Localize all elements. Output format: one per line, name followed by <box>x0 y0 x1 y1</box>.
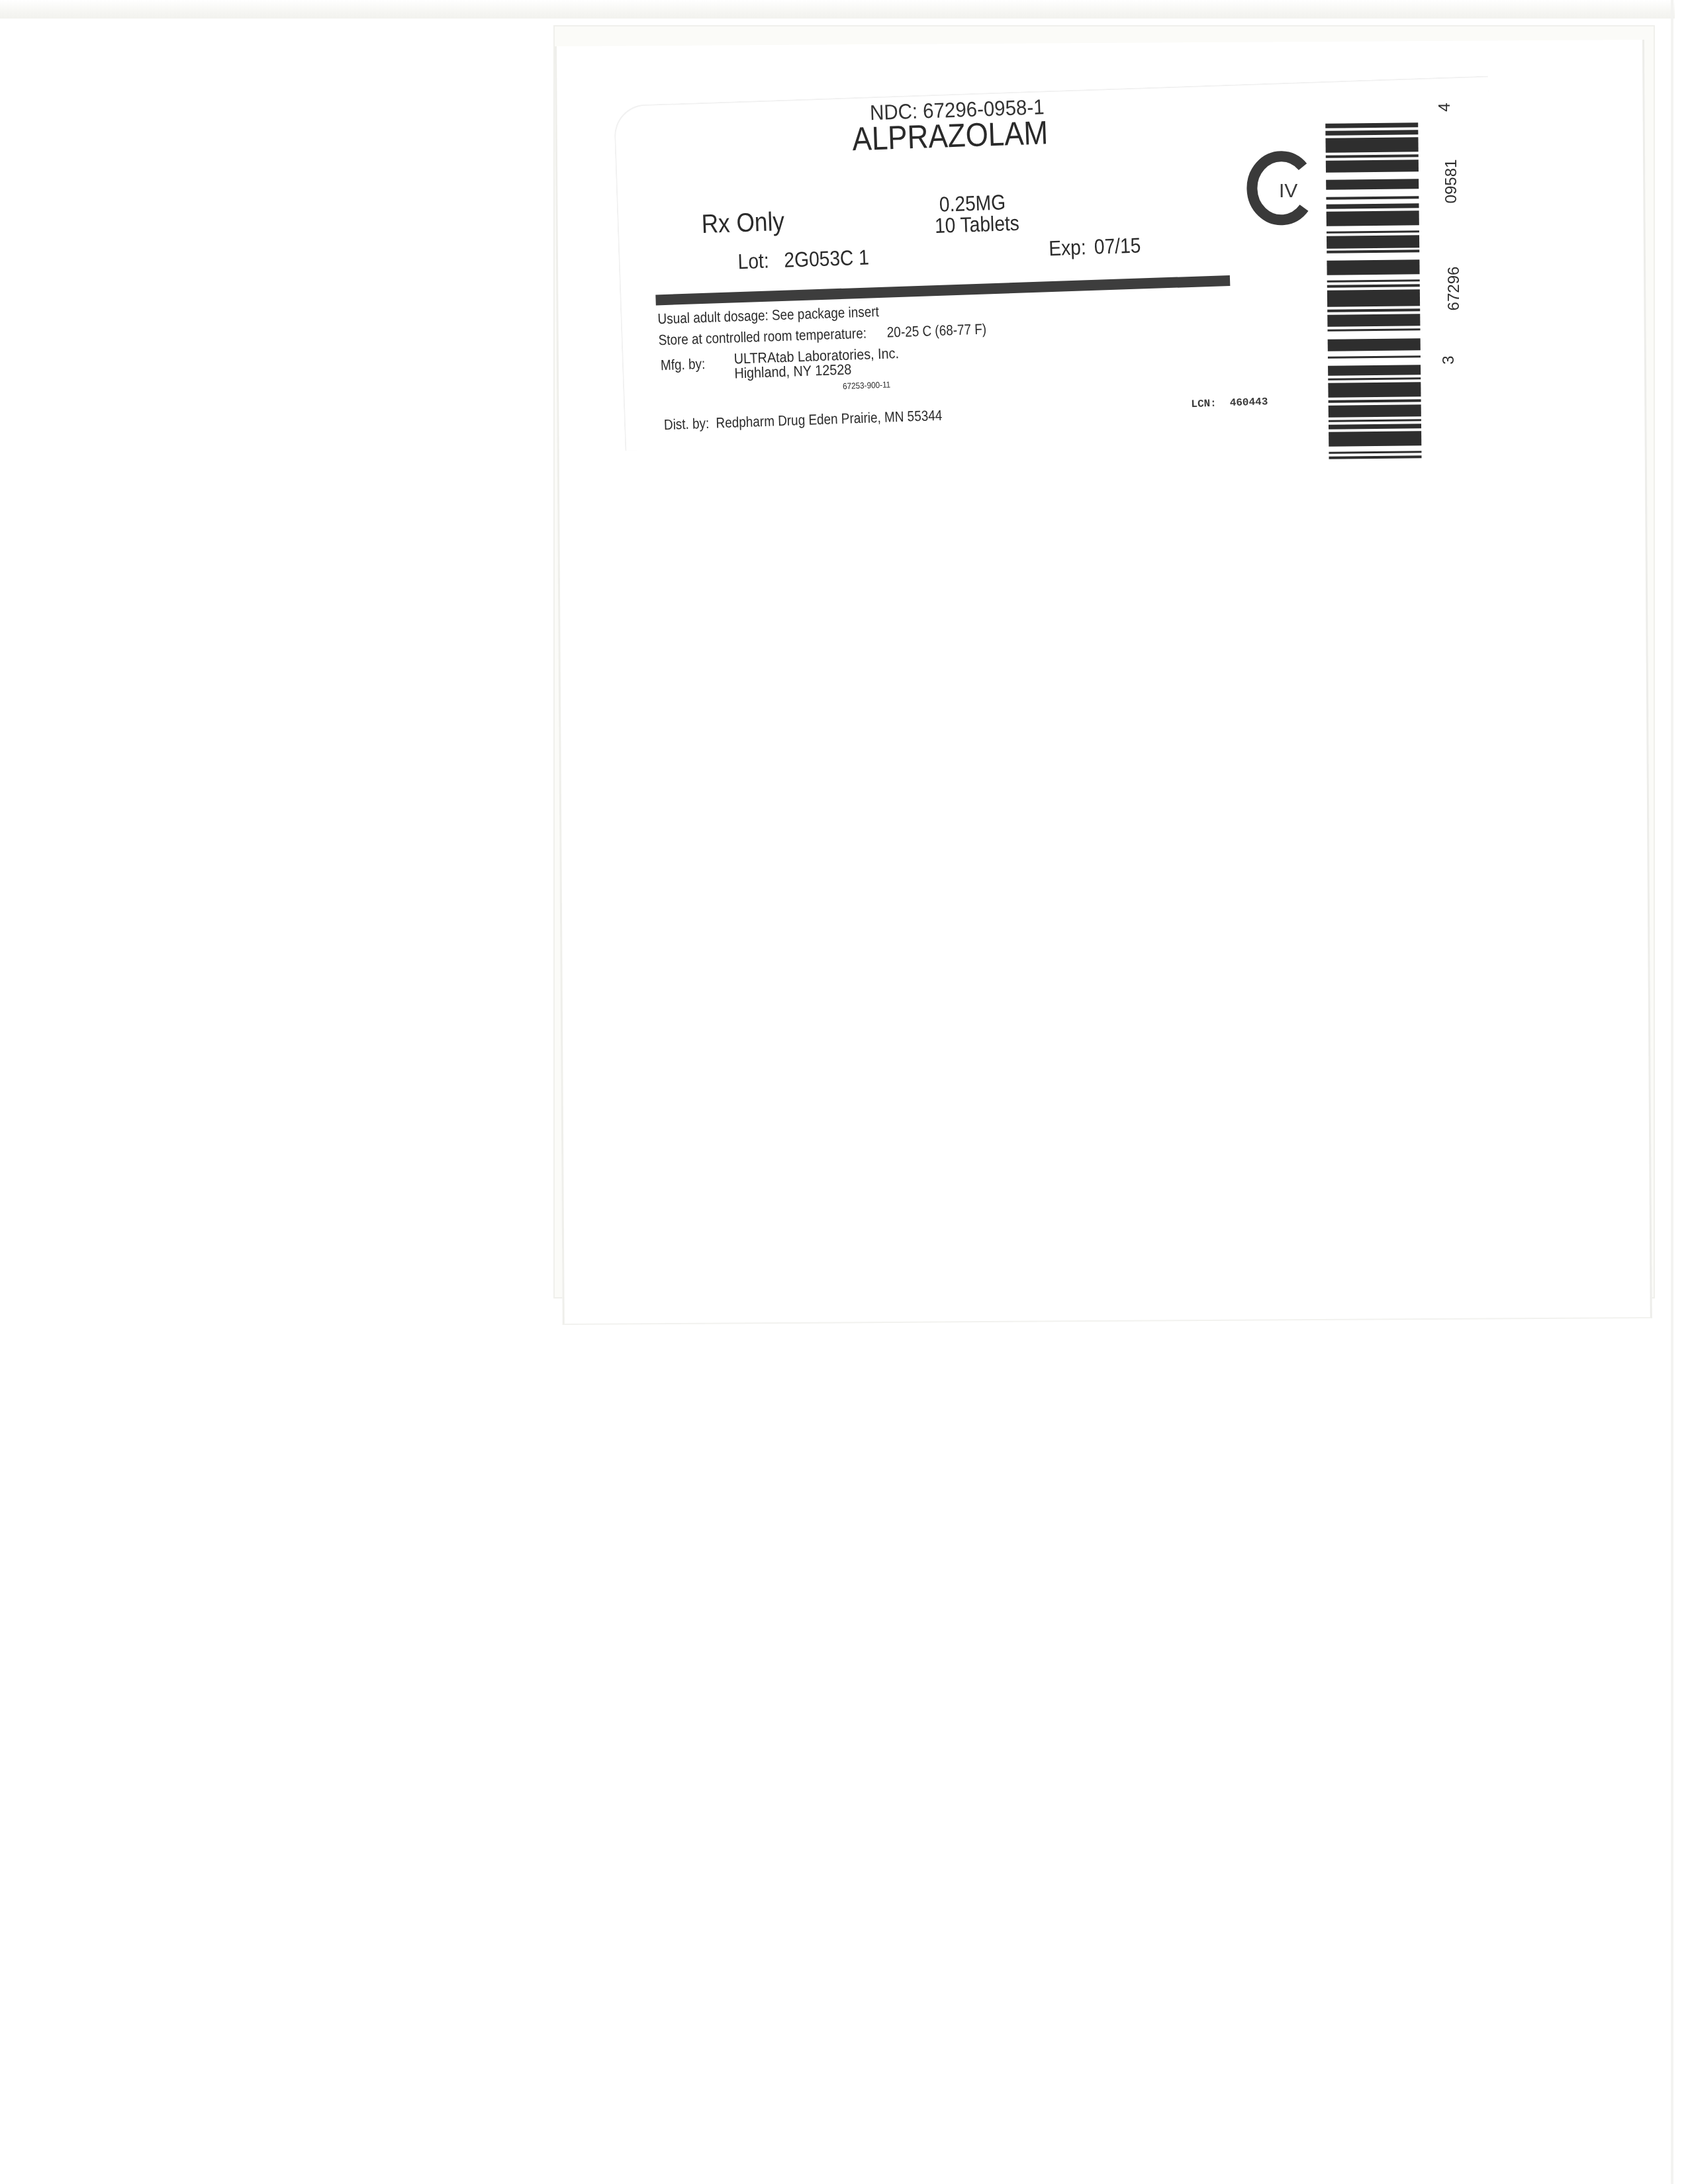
rx-only: Rx Only <box>701 207 785 240</box>
lcn: LCN:460443 <box>1191 396 1268 410</box>
paper-sheet: NDC: 67296-0958-1 ALPRAZOLAM Rx Only 0.2… <box>555 40 1652 1325</box>
divider-bar <box>655 275 1230 306</box>
schedule-c4-icon: IV <box>1244 147 1311 226</box>
storage-label: Store at controlled room temperature: <box>658 325 867 349</box>
barcode-group-2: 09581 <box>1442 159 1461 204</box>
dist-value: Redpharm Drug Eden Prairie, MN 55344 <box>716 407 942 432</box>
lot-number: Lot:2G053C 1 <box>737 245 869 274</box>
exp-label: Exp: <box>1049 235 1087 260</box>
scan-edge-right <box>1671 0 1673 2184</box>
dosage-value: See package insert <box>772 303 880 323</box>
storage-value: 20-25 C (68-77 F) <box>886 320 986 340</box>
scan-edge-top <box>0 0 1675 19</box>
barcode <box>1325 122 1427 349</box>
barcode-group-1: 67296 <box>1445 267 1464 311</box>
manufacturer-code: 67253-900-11 <box>843 379 890 390</box>
drug-name: ALPRAZOLAM <box>851 113 1049 158</box>
lcn-value: 460443 <box>1229 396 1268 409</box>
barcode-digit-right: 4 <box>1436 103 1454 111</box>
lcn-label: LCN: <box>1191 398 1217 410</box>
lot-label: Lot: <box>737 249 769 274</box>
distributor-line: Dist. by:Redpharm Drug Eden Prairie, MN … <box>664 407 943 433</box>
dist-label: Dist. by: <box>664 415 710 433</box>
barcode-digit-left: 3 <box>1440 355 1458 364</box>
dosage-line: Usual adult dosage: See package insert <box>657 303 879 328</box>
mfg-label: Mfg. by: <box>661 355 706 374</box>
schedule-class: IV <box>1279 180 1297 202</box>
manufacturer-address: Highland, NY 12528 <box>734 361 852 382</box>
tablet-quantity: 10 Tablets <box>934 211 1019 238</box>
expiration: Exp:07/15 <box>1049 233 1141 261</box>
exp-value: 07/15 <box>1094 233 1141 258</box>
dosage-label: Usual adult dosage: <box>657 307 769 328</box>
lot-value: 2G053C 1 <box>784 245 870 271</box>
